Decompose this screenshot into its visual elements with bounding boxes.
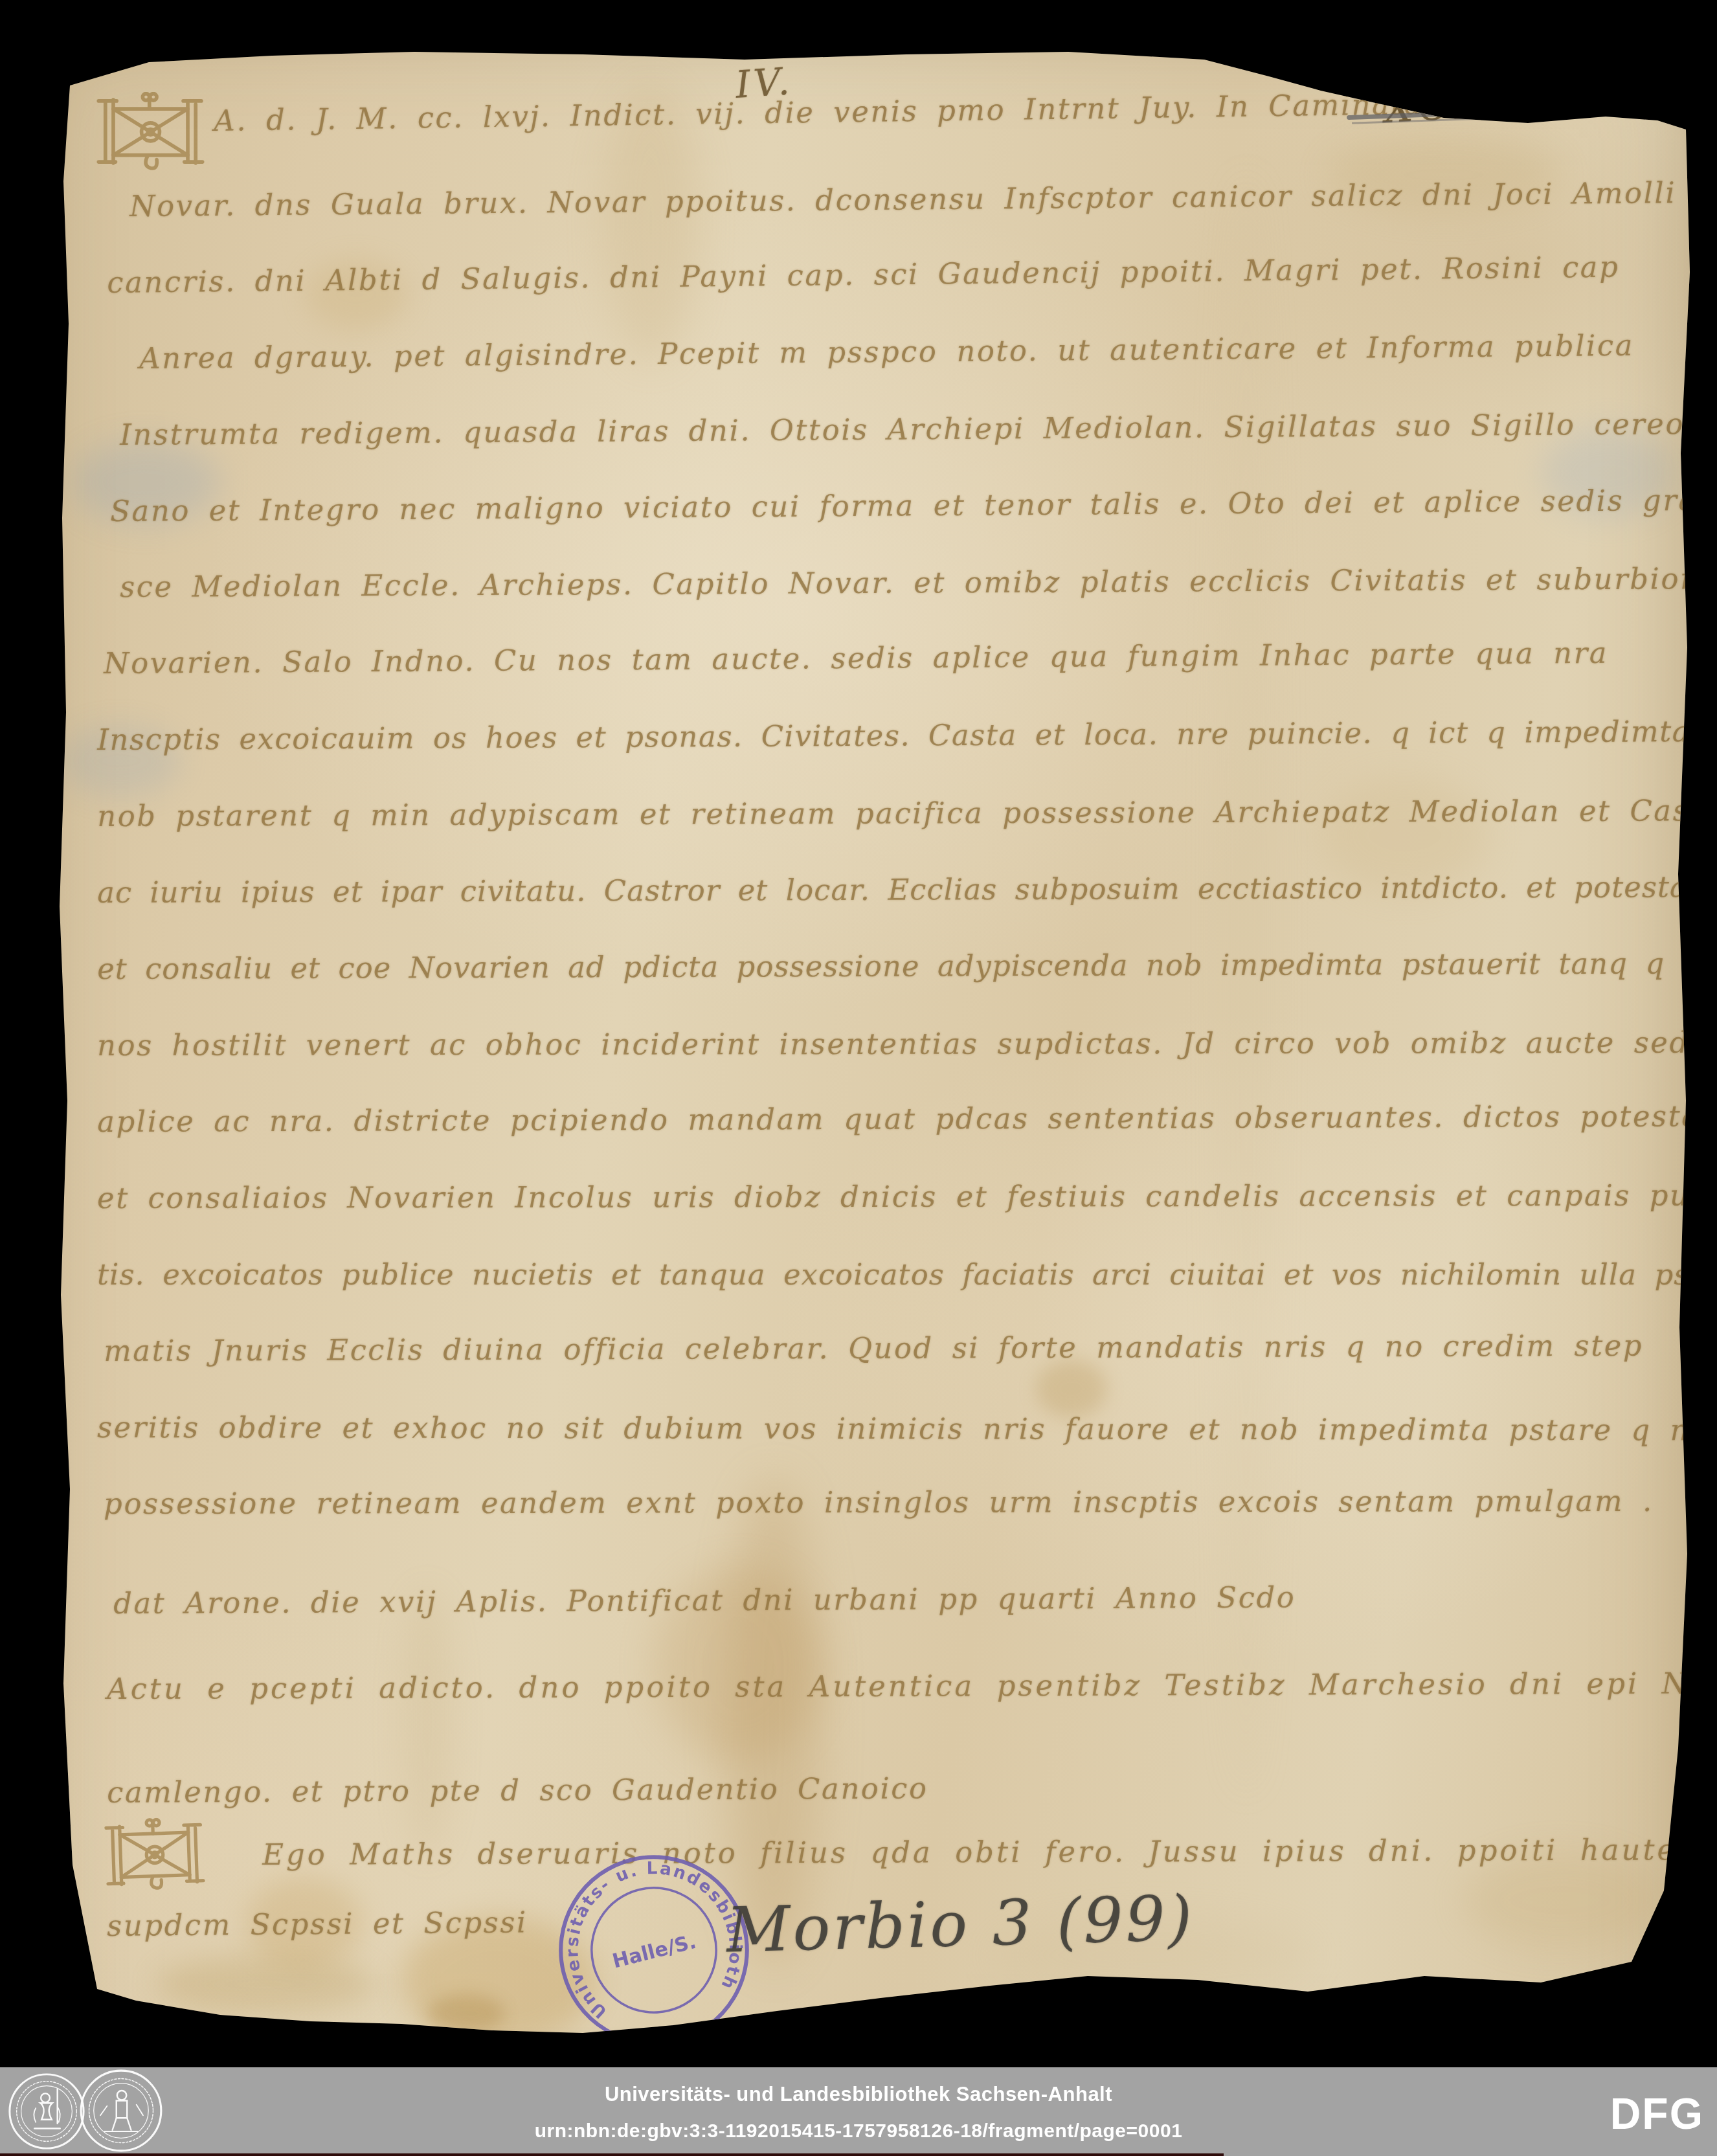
manuscript-line: aplice ac nra. districte pcipiendo manda… — [97, 1099, 1717, 1139]
stain — [427, 1994, 505, 2033]
manuscript-line: supdcm Scpssi et Scpssi — [107, 1905, 528, 1943]
stamp-center-text: Halle/S. — [610, 1931, 698, 1973]
dfg-logo: DFG — [1610, 2088, 1704, 2139]
notary-signum-icon — [96, 1816, 214, 1892]
manuscript-line: nos hostilit venert ac obhoc inciderint … — [97, 1026, 1717, 1062]
manuscript-line: Inscptis excoicauim os hoes et psonas. C… — [97, 714, 1690, 757]
manuscript-line: possessione retineam eandem exnt poxto i… — [104, 1484, 1654, 1521]
pencil-collection-note: Morbio 3 (99) — [726, 1882, 1196, 1967]
manuscript-line: dat Arone. die xvij Aplis. Pontificat dn… — [113, 1580, 1296, 1621]
manuscript-line: nob pstarent q min adypiscam et retineam… — [97, 793, 1717, 833]
parchment-edge-shading — [0, 0, 1717, 2156]
manuscript-line: seritis obdire et exhoc no sit dubium vo… — [97, 1410, 1717, 1447]
old-shelfmark: XCIX — [1383, 78, 1512, 132]
manuscript-line: matis Jnuris Ecclis diuina officia celeb… — [104, 1329, 1643, 1368]
footer-bar: Universitäts- und Landesbibliothek Sachs… — [0, 2067, 1717, 2156]
notary-signum-icon — [94, 92, 207, 171]
urn-identifier: urn:nbn:de:gbv:3:3-1192015415-1757958126… — [0, 2120, 1717, 2142]
manuscript-line: Anrea dgrauy. pet algisindre. Pcepit m p… — [139, 328, 1634, 376]
manuscript-line: et consaliaios Novarien Incolus uris dio… — [97, 1178, 1717, 1215]
manuscript-line: tis. excoicatos publice nucietis et tanq… — [97, 1257, 1709, 1292]
manuscript-line: Ego Maths dseruaris noto filius qda obti… — [262, 1832, 1717, 1872]
manuscript-line: et consaliu et coe Novarien ad pdicta po… — [97, 946, 1717, 986]
manuscript-line: Actu e pcepti adicto. dno ppoito sta Aut… — [107, 1666, 1717, 1706]
scan-viewport: A. d. J. M. cc. lxvj. Indict. vij. die v… — [0, 0, 1717, 2156]
manuscript-line: sce Mediolan Eccle. Archieps. Capitlo No… — [120, 561, 1696, 604]
manuscript-line: Novar. dns Guala brux. Novar ppoitus. dc… — [129, 175, 1676, 223]
library-name: Universitäts- und Landesbibliothek Sachs… — [0, 2083, 1717, 2106]
stain — [401, 1586, 453, 1858]
manuscript-line: Novarien. Salo Indno. Cu nos tam aucte. … — [104, 636, 1608, 680]
parchment: A. d. J. M. cc. lxvj. Indict. vij. die v… — [0, 0, 1717, 2156]
manuscript-line: cancris. dni Albti d Salugis. dni Payni … — [107, 250, 1620, 300]
manuscript-line: camlengo. et ptro pte d sco Gaudentio Ca… — [107, 1771, 928, 1810]
folio-number: IV. — [734, 59, 794, 107]
manuscript-line: Instrumta redigem. quasda liras dni. Ott… — [120, 407, 1685, 452]
scan-edge-artifact — [0, 2153, 1224, 2156]
stain — [155, 1955, 376, 2014]
manuscript-line: Sano et Integro nec maligno viciato cui … — [110, 483, 1698, 528]
manuscript-line: ac iuriu ipius et ipar civitatu. Castror… — [97, 870, 1717, 910]
stamp-bottom-mark: ✻ — [666, 2021, 683, 2042]
stain — [1036, 1360, 1107, 1418]
